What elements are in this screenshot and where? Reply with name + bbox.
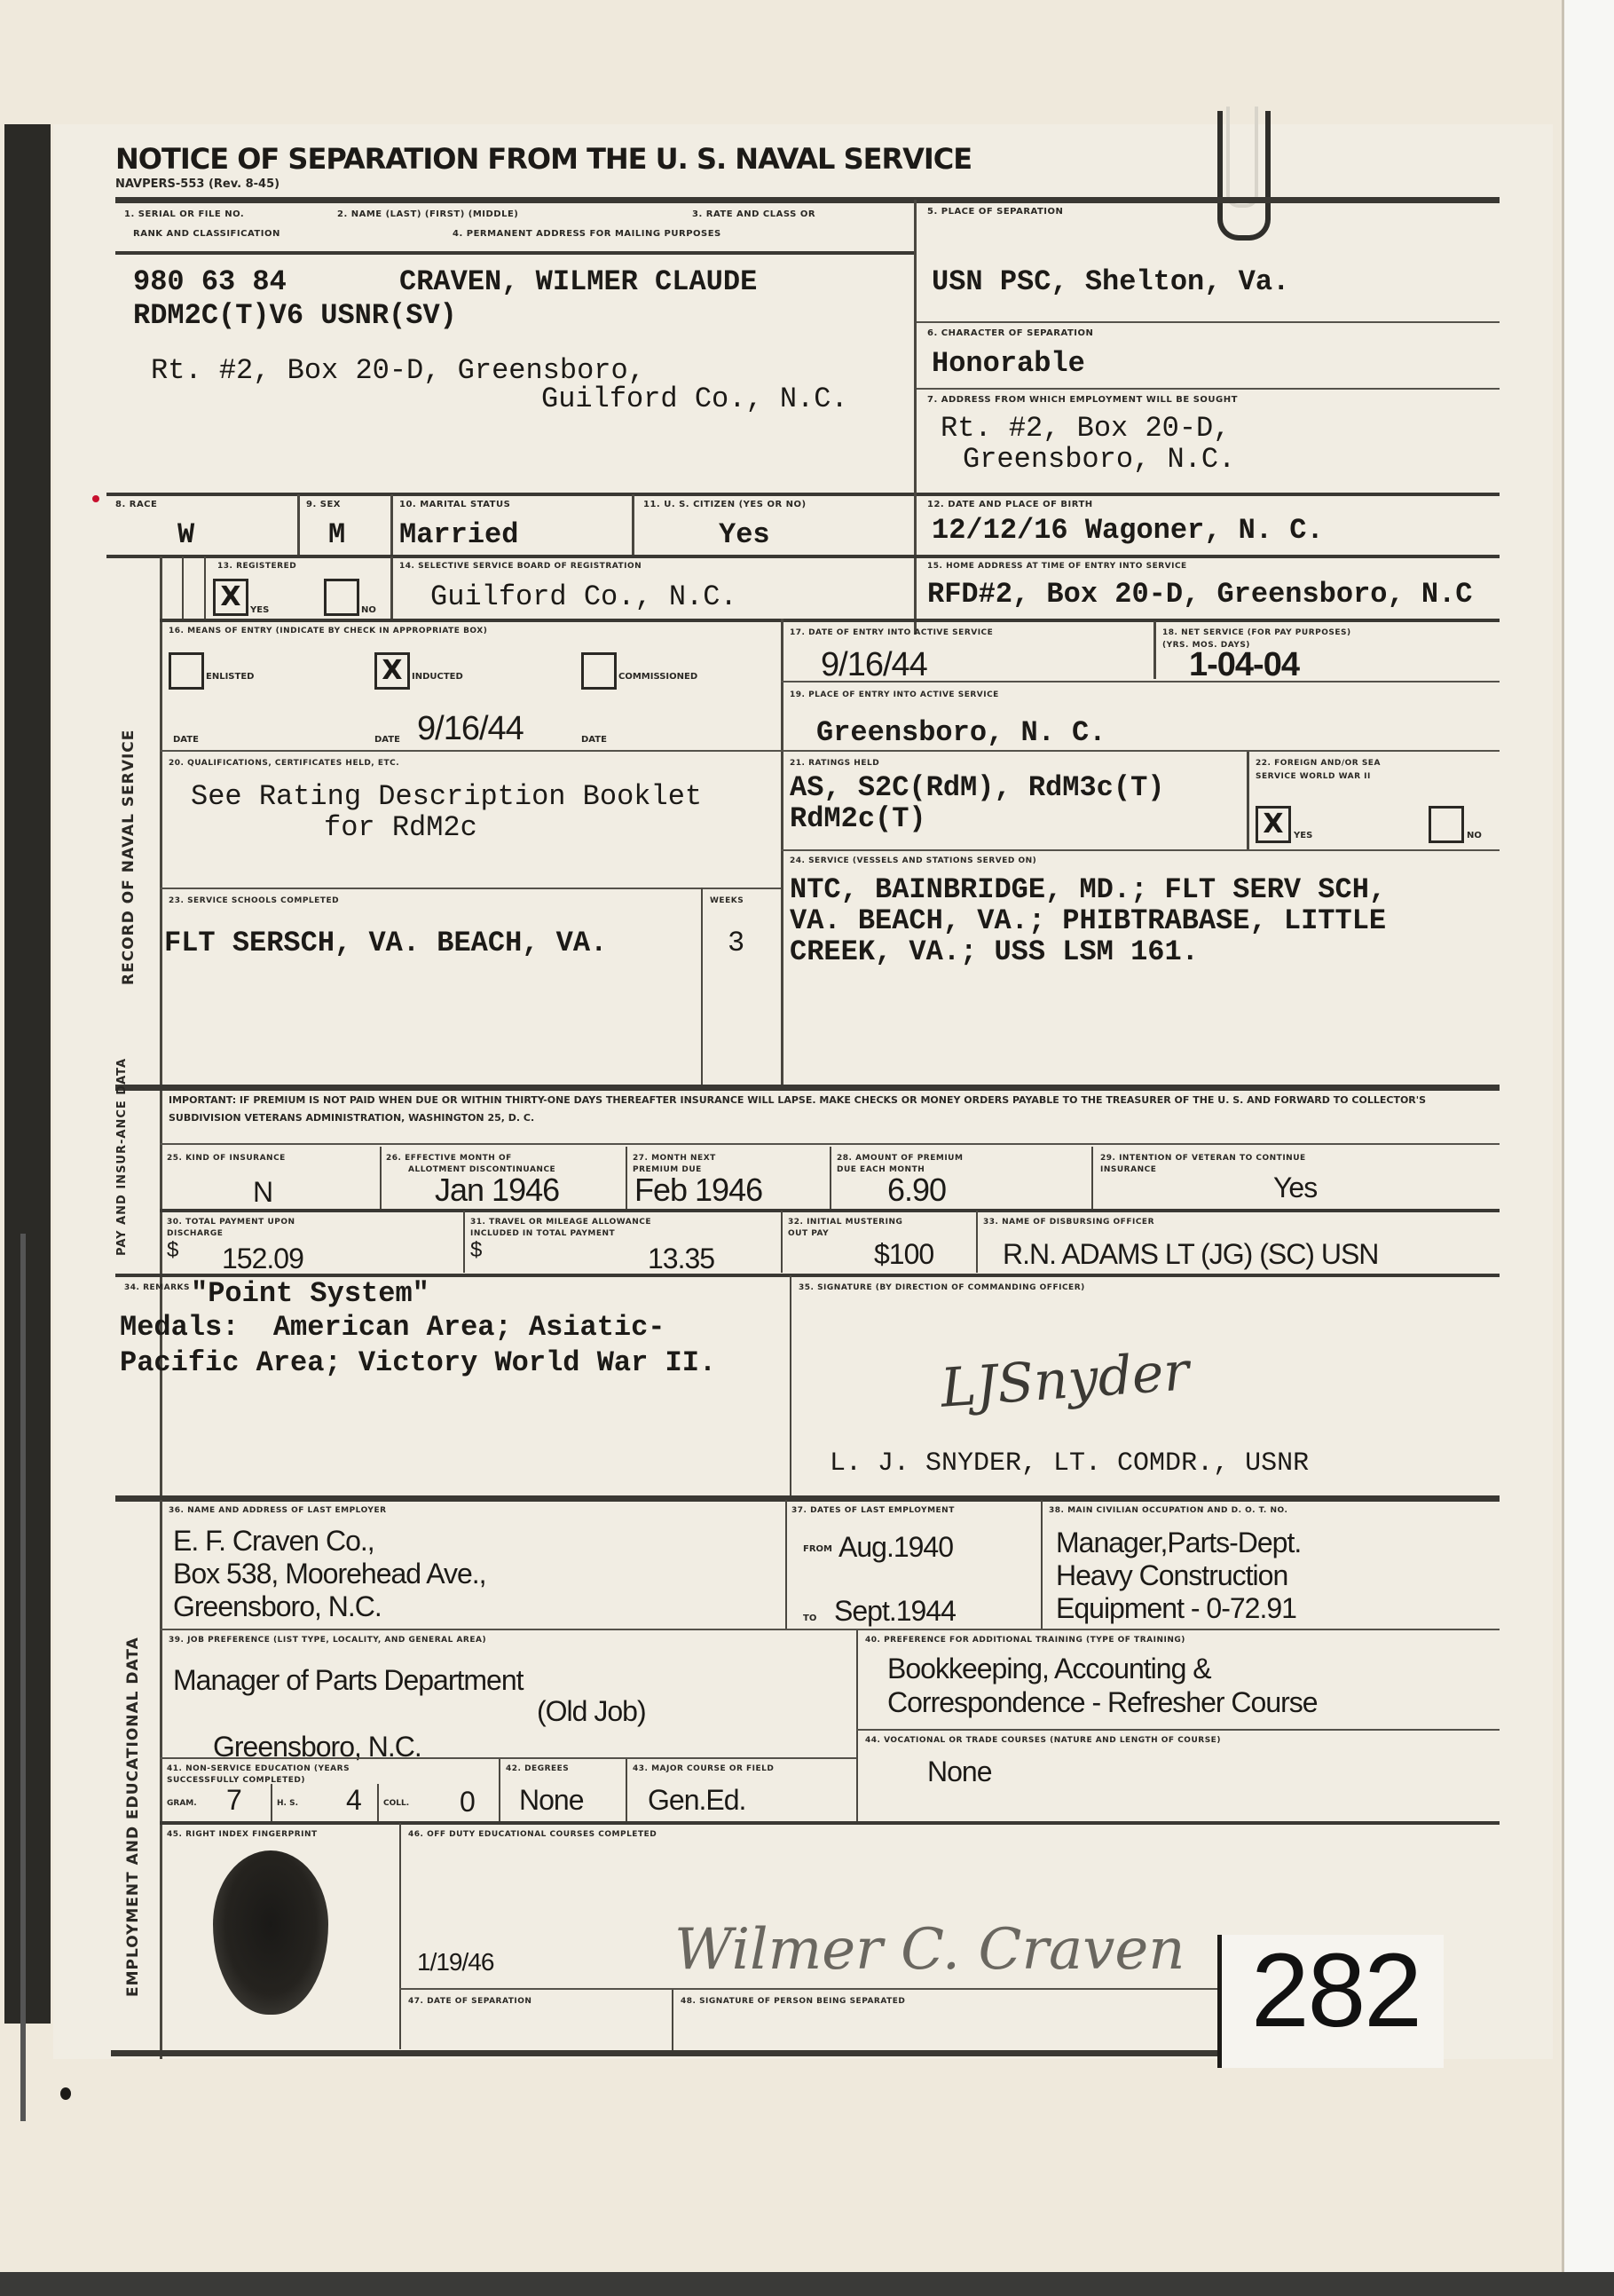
mustering-out-pay: $100 (874, 1238, 933, 1271)
continue-insurance: Yes (1273, 1172, 1317, 1204)
employment-address-line1: Rt. #2, Box 20-D, (941, 413, 1230, 446)
divider (914, 200, 917, 497)
divider (160, 750, 1500, 752)
remarks-line2: Medals: American Area; Asiatic- (120, 1312, 665, 1345)
label-off-duty-courses: 46. OFF DUTY EDUCATIONAL COURSES COMPLET… (408, 1830, 657, 1839)
label-address: 4. PERMANENT ADDRESS FOR MAILING PURPOSE… (453, 229, 721, 239)
occupation-line2: Heavy Construction (1056, 1559, 1287, 1592)
high-school-years: 4 (346, 1784, 361, 1817)
character-of-separation: Honorable (932, 348, 1085, 381)
red-mark (92, 495, 99, 502)
inducted-checkbox[interactable]: X (374, 652, 410, 690)
veteran-signature: Wilmer C. Craven (674, 1917, 1185, 1983)
label-foreign-service: 22. FOREIGN AND/OR SEA (1256, 759, 1381, 768)
home-address: RFD#2, Box 20-D, Greensboro, N.C (927, 579, 1473, 611)
us-citizen: Yes (719, 519, 770, 552)
divider (160, 1821, 1500, 1825)
date-place-of-birth: 12/12/16 Wagoner, N. C. (932, 515, 1324, 548)
coll-label: COLL. (383, 1799, 409, 1808)
label-intention: 29. INTENTION OF VETERAN TO CONTINUE (1100, 1154, 1306, 1163)
occupation-line3: Equipment - 0-72.91 (1056, 1592, 1296, 1625)
label-vocational: 44. VOCATIONAL OR TRADE COURSES (NATURE … (865, 1736, 1221, 1745)
place-of-entry: Greensboro, N. C. (816, 717, 1106, 750)
divider (785, 1500, 787, 1629)
foreign-service-yes-checkbox[interactable]: X (1256, 806, 1291, 843)
divider (914, 493, 917, 635)
label-qualifications: 20. QUALIFICATIONS, CERTIFICATES HELD, E… (169, 759, 399, 768)
divider (499, 1759, 500, 1821)
label-next-premium: 27. MONTH NEXT (633, 1154, 716, 1163)
photo-edge (1562, 0, 1614, 2296)
divider (160, 1500, 162, 2059)
label-major: 43. MAJOR COURSE OR FIELD (633, 1764, 774, 1773)
effective-month: Jan 1946 (435, 1172, 559, 1208)
selective-service-board: Guilford Co., N.C. (430, 581, 737, 614)
grammar-years: 7 (226, 1784, 241, 1817)
divider (917, 321, 1500, 323)
label-job-preference: 39. JOB PREFERENCE (LIST TYPE, LOCALITY,… (169, 1636, 486, 1645)
label-foreign-service-2: SERVICE WORLD WAR II (1256, 772, 1371, 781)
label-employment-address: 7. ADDRESS FROM WHICH EMPLOYMENT WILL BE… (927, 395, 1238, 405)
paperclip-inner (1226, 107, 1258, 208)
section-label-employment: EMPLOYMENT AND EDUCATIONAL DATA (124, 1637, 142, 1997)
divider (111, 2050, 1220, 2056)
stations-line2: VA. BEACH, VA.; PHIBTRABASE, LITTLE (790, 905, 1386, 938)
label-additional-training: 40. PREFERENCE FOR ADDITIONAL TRAINING (… (865, 1636, 1185, 1645)
divider (1247, 752, 1249, 849)
employer-line1: E. F. Craven Co., (173, 1525, 374, 1558)
date-label: DATE (374, 735, 400, 745)
divider (1091, 1147, 1093, 1209)
premium-amount: 6.90 (887, 1172, 946, 1208)
employment-address-line2: Greensboro, N.C. (963, 444, 1235, 477)
label-total-payment-2: DISCHARGE (167, 1229, 223, 1238)
binding-strip (4, 124, 51, 2024)
divider (399, 1823, 401, 2049)
remarks-line3: Pacific Area; Victory World War II. (120, 1347, 716, 1380)
label-rank: RANK AND CLASSIFICATION (133, 229, 280, 239)
divider (976, 1211, 978, 1273)
stations-line3: CREEK, VA.; USS LSM 161. (790, 936, 1199, 969)
currency-symbol: $ (167, 1238, 177, 1263)
label-citizen: 11. U. S. CITIZEN (YES OR NO) (643, 500, 807, 509)
divider (1041, 1500, 1043, 1629)
insurance-important-notice: IMPORTANT: IF PREMIUM IS NOT PAID WHEN D… (169, 1092, 1500, 1127)
label-total-payment: 30. TOTAL PAYMENT UPON (167, 1218, 295, 1227)
divider (917, 388, 1500, 390)
divider (1153, 621, 1156, 679)
divider (160, 1629, 1500, 1630)
divider (390, 556, 393, 619)
label-means-of-entry: 16. MEANS OF ENTRY (INDICATE BY CHECK IN… (169, 627, 487, 635)
label-last-employer: 36. NAME AND ADDRESS OF LAST EMPLOYER (169, 1506, 387, 1515)
label-board: 14. SELECTIVE SERVICE BOARD OF REGISTRAT… (399, 562, 642, 571)
ink-mark (60, 2087, 71, 2100)
label-mustering-2: OUT PAY (788, 1229, 829, 1238)
occupation-line1: Manager,Parts-Dept. (1056, 1527, 1301, 1559)
label-sex: 9. SEX (306, 500, 341, 509)
label-mustering: 32. INITIAL MUSTERING (788, 1218, 902, 1227)
section-label-pay-insurance: PAY AND INSUR-ANCE DATA (115, 1058, 129, 1256)
registered-yes-checkbox[interactable]: X (213, 579, 248, 616)
divider (781, 1211, 783, 1273)
college-years: 0 (460, 1786, 475, 1819)
label-fingerprint: 45. RIGHT INDEX FINGERPRINT (167, 1830, 318, 1839)
remarks-line1: "Point System" (191, 1278, 429, 1311)
disbursing-officer: R.N. ADAMS LT (JG) (SC) USN (1003, 1238, 1378, 1271)
divider (115, 197, 1500, 203)
divider (182, 556, 184, 619)
race: W (177, 519, 194, 552)
label-home-address: 15. HOME ADDRESS AT TIME OF ENTRY INTO S… (927, 562, 1187, 571)
label-birth: 12. DATE AND PLACE OF BIRTH (927, 500, 1093, 509)
marital-status: Married (399, 519, 518, 552)
rate-class: RDM2C(T)V6 USNR(SV) (133, 300, 457, 333)
enlisted-checkbox[interactable] (169, 652, 204, 690)
training-line2: Correspondence - Refresher Course (887, 1686, 1318, 1719)
training-line1: Bookkeeping, Accounting & (887, 1653, 1211, 1685)
label-premium-amount: 28. AMOUNT OF PREMIUM (837, 1154, 963, 1163)
label-intention-2: INSURANCE (1100, 1165, 1156, 1174)
divider (160, 619, 1500, 622)
travel-allowance: 13.35 (648, 1243, 714, 1275)
label-stations: 24. SERVICE (VESSELS AND STATIONS SERVED… (790, 856, 1036, 865)
date-label: DATE (581, 735, 607, 745)
page-number: 282 (1251, 1930, 1421, 2051)
active-service-date: 9/16/44 (821, 646, 927, 685)
label-veteran-signature: 48. SIGNATURE OF PERSON BEING SEPARATED (681, 1997, 905, 2006)
divider (781, 681, 1500, 682)
major-course: Gen.Ed. (648, 1784, 745, 1817)
divider (626, 1147, 627, 1209)
place-of-separation: USN PSC, Shelton, Va. (932, 266, 1289, 299)
enlisted-label: ENLISTED (206, 672, 254, 682)
inducted-date: 9/16/44 (417, 710, 524, 749)
label-occupation: 38. MAIN CIVILIAN OCCUPATION AND D. O. T… (1049, 1506, 1287, 1515)
divider (160, 1143, 1500, 1145)
divider (830, 1147, 831, 1209)
label-race: 8. RACE (115, 500, 157, 509)
registered-no-checkbox[interactable] (324, 579, 359, 616)
job-preference-line1: Manager of Parts Department (173, 1664, 524, 1697)
currency-symbol: $ (470, 1238, 481, 1263)
hs-label: H. S. (277, 1799, 298, 1808)
form-number: NAVPERS-553 (Rev. 8-45) (115, 178, 279, 191)
divider (106, 555, 1500, 558)
school-weeks: 3 (728, 927, 744, 960)
document-title: NOTICE OF SEPARATION FROM THE U. S. NAVA… (115, 142, 972, 176)
label-co-signature: 35. SIGNATURE (BY DIRECTION OF COMMANDIN… (799, 1283, 1085, 1292)
from-label: FROM (803, 1544, 832, 1554)
divider (204, 556, 206, 619)
permanent-address-line2: Guilford Co., N.C. (541, 383, 848, 416)
divider (271, 1784, 272, 1821)
divider (672, 1990, 673, 2052)
divider (632, 494, 634, 556)
label-date-of-separation: 47. DATE OF SEPARATION (408, 1997, 531, 2006)
label-travel-2: INCLUDED IN TOTAL PAYMENT (470, 1229, 615, 1238)
label-disbursing-officer: 33. NAME OF DISBURSING OFFICER (983, 1218, 1154, 1227)
job-preference-line2: (Old Job) (537, 1695, 646, 1728)
label-serial: 1. SERIAL OR FILE NO. (124, 209, 244, 219)
employment-to: Sept.1944 (834, 1595, 956, 1628)
label-effective-month: 26. EFFECTIVE MONTH OF (386, 1154, 512, 1163)
label-character: 6. CHARACTER OF SEPARATION (927, 328, 1093, 338)
sex: M (328, 519, 345, 552)
label-schools: 23. SERVICE SCHOOLS COMPLETED (169, 896, 339, 905)
label-weeks: WEEKS (710, 896, 744, 905)
serial-number: 980 63 84 (133, 266, 287, 299)
employer-line2: Box 538, Moorehead Ave., (173, 1558, 486, 1590)
divider (160, 1757, 856, 1759)
divider (790, 1275, 791, 1497)
divider (380, 1147, 382, 1209)
divider (463, 1211, 465, 1273)
net-service: 1-04-04 (1189, 646, 1299, 685)
commissioned-label: COMMISSIONED (618, 672, 697, 682)
divider (115, 1085, 1500, 1091)
label-remarks: 34. REMARKS (124, 1283, 190, 1292)
employment-from: Aug.1940 (838, 1531, 953, 1564)
label-name: 2. NAME (LAST) (FIRST) (MIDDLE) (337, 209, 518, 219)
degrees: None (519, 1784, 584, 1817)
next-premium-month: Feb 1946 (634, 1172, 762, 1208)
service-school: FLT SERSCH, VA. BEACH, VA. (164, 927, 607, 960)
divider (856, 1729, 1500, 1731)
label-net-service: 18. NET SERVICE (FOR PAY PURPOSES) (1162, 628, 1351, 637)
commissioned-checkbox[interactable] (581, 652, 617, 690)
full-name: CRAVEN, WILMER CLAUDE (399, 266, 757, 299)
label-marital: 10. MARITAL STATUS (399, 500, 510, 509)
employer-line3: Greensboro, N.C. (173, 1590, 382, 1623)
label-place-entry: 19. PLACE OF ENTRY INTO ACTIVE SERVICE (790, 690, 999, 699)
label-employment-dates: 37. DATES OF LAST EMPLOYMENT (791, 1506, 955, 1515)
label-degrees: 42. DEGREES (506, 1764, 569, 1773)
label-active-date: 17. DATE OF ENTRY INTO ACTIVE SERVICE (790, 628, 993, 637)
ratings-line1: AS, S2C(RdM), RdM3c(T) (790, 772, 1164, 805)
label-registered: 13. REGISTERED (217, 562, 296, 571)
label-travel: 31. TRAVEL OR MILEAGE ALLOWANCE (470, 1218, 651, 1227)
divider (390, 494, 393, 556)
divider (781, 849, 1500, 851)
kind-of-insurance: N (253, 1176, 272, 1209)
label-education-years: 41. NON-SERVICE EDUCATION (YEARS (167, 1764, 350, 1773)
no-label: NO (1467, 831, 1482, 840)
divider (106, 493, 1500, 496)
gram-label: GRAM. (167, 1799, 197, 1808)
separation-date: 1/19/46 (417, 1948, 493, 1976)
to-label: TO (803, 1614, 816, 1623)
divider (626, 1759, 627, 1821)
divider (701, 888, 703, 1087)
stations-line1: NTC, BAINBRIDGE, MD.; FLT SERV SCH, (790, 874, 1386, 907)
co-typed-name: L. J. SNYDER, LT. COMDR., USNR (830, 1448, 1309, 1479)
photo-edge-bottom (0, 2272, 1614, 2296)
section-label-naval-service: RECORD OF NAVAL SERVICE (120, 730, 138, 985)
foreign-service-no-checkbox[interactable] (1429, 806, 1464, 843)
divider (160, 1209, 1500, 1212)
divider (377, 1784, 379, 1821)
divider (297, 494, 300, 556)
vocational-courses: None (927, 1756, 992, 1788)
label-place-separation: 5. PLACE OF SEPARATION (927, 207, 1063, 217)
label-ratings: 21. RATINGS HELD (790, 759, 879, 768)
ratings-line2: RdM2c(T) (790, 803, 926, 836)
divider (781, 619, 783, 1089)
inducted-label: INDUCTED (412, 672, 463, 682)
total-payment: 152.09 (222, 1243, 303, 1275)
qualifications-line2: for RdM2c (324, 812, 477, 845)
divider (160, 888, 781, 889)
label-kind-insurance: 25. KIND OF INSURANCE (167, 1154, 286, 1163)
qualifications-line1: See Rating Description Booklet (191, 781, 702, 814)
divider (856, 1630, 858, 1821)
label-rate: 3. RATE AND CLASS OR (692, 209, 815, 219)
divider (115, 251, 914, 255)
yes-label: YES (1294, 831, 1312, 840)
no-label: NO (361, 605, 376, 615)
yes-label: YES (250, 605, 269, 615)
divider (115, 1495, 1500, 1502)
date-label: DATE (173, 735, 199, 745)
